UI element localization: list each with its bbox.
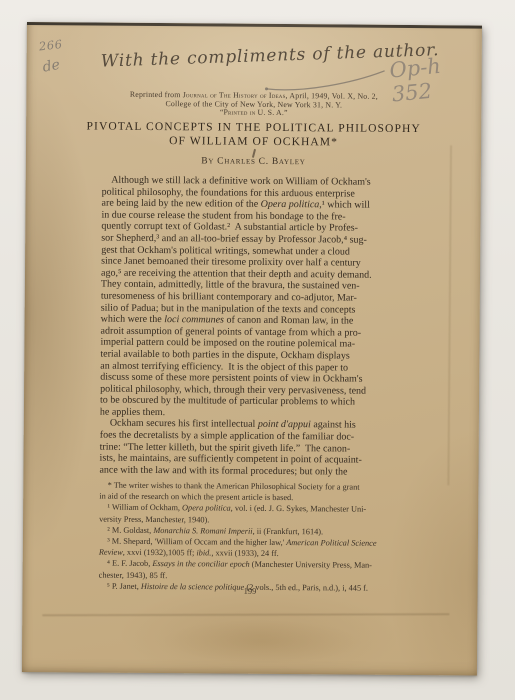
text-line: ance with the law and with its formal pr… xyxy=(99,464,415,478)
byline: By Charles C. Bayley xyxy=(26,155,481,169)
paper-crease-vertical xyxy=(447,145,451,485)
footnotes: * The writer wishes to thank the America… xyxy=(99,480,422,595)
pencil-annotation-top-left-2: de xyxy=(41,57,61,76)
paper-crease-horizontal xyxy=(42,613,449,616)
paper-stain xyxy=(162,619,362,665)
reprint-header: Reprinted from Journal of The History of… xyxy=(26,90,481,120)
article-body: Although we still lack a definitive work… xyxy=(99,175,417,479)
reprint-prefix: Reprinted from xyxy=(130,90,183,99)
article-title: PIVOTAL CONCEPTS IN THE POLITICAL PHILOS… xyxy=(26,119,481,151)
offprint-page: 266 de With the compliments of the autho… xyxy=(22,22,482,676)
pencil-annotation-top-left: 266 xyxy=(38,37,63,54)
photograph-backdrop: 266 de With the compliments of the autho… xyxy=(0,0,515,700)
